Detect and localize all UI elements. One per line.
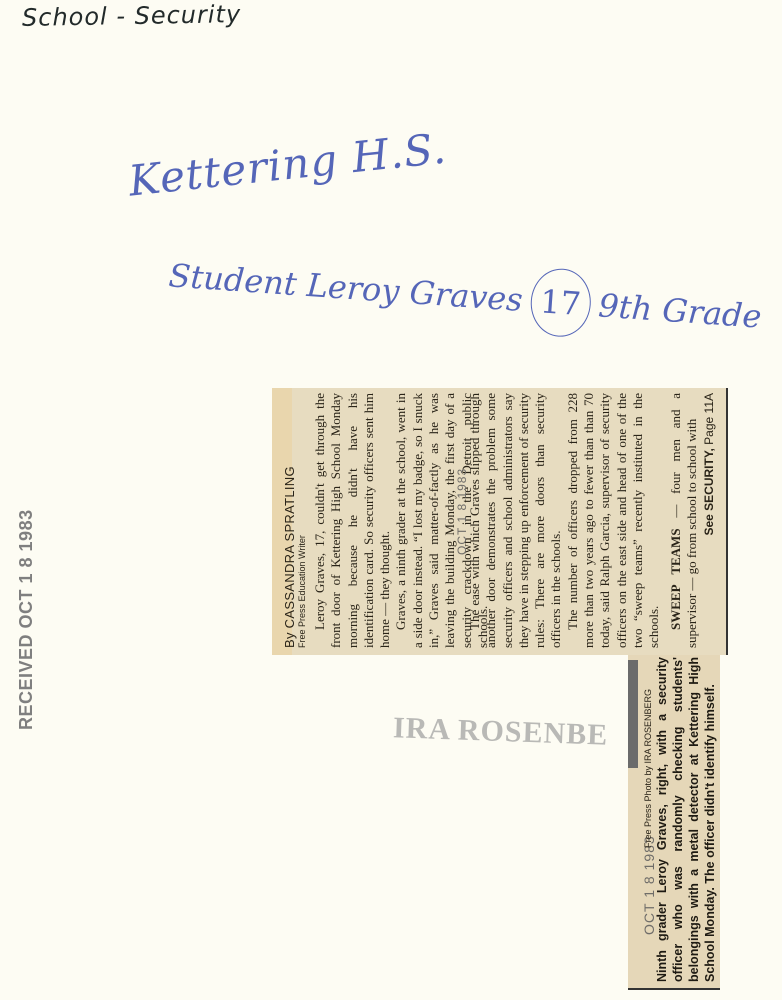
article-column-2: The ease with which Graves slipped throu… [467,393,663,648]
student-name: Student Leroy Graves [167,256,524,319]
photographer-stamp: IRA ROSENBE [392,711,608,752]
article-paragraph: Leroy Graves, 17, couldn't get through t… [312,393,393,648]
photo-edge [628,660,638,768]
grade-note: 9th Grade [597,286,763,335]
byline-block: By CASSANDRA SPRATLING Free Press Educat… [282,393,307,648]
age-circled: 17 [528,267,593,339]
byline: By CASSANDRA SPRATLING [282,393,297,648]
photo-credit: Free Press Photo by IRA ROSENBERG [643,689,653,848]
article-paragraph: The ease with which Graves slipped throu… [467,393,565,648]
school-note: Kettering H.S. [126,123,448,205]
subject-heading: School - Security [22,0,242,32]
clipping-date-stamp: OCT 1 8 1983 [455,468,469,555]
student-note: Student Leroy Graves179th Grade [166,241,763,350]
article-paragraph: The number of officers dropped from 228 … [565,393,663,648]
photo-caption: Ninth grader Leroy Graves, right, with a… [654,657,718,982]
byline-title: Free Press Education Writer [297,393,307,648]
sweep-teams-block: SWEEP TEAMS — four men and a supervisor … [668,393,717,648]
sweep-lead: SWEEP TEAMS [668,528,683,630]
received-stamp: RECEIVED OCT 1 8 1983 [16,509,37,730]
continuation-link: See SECURITY, Page 11A [701,393,717,648]
